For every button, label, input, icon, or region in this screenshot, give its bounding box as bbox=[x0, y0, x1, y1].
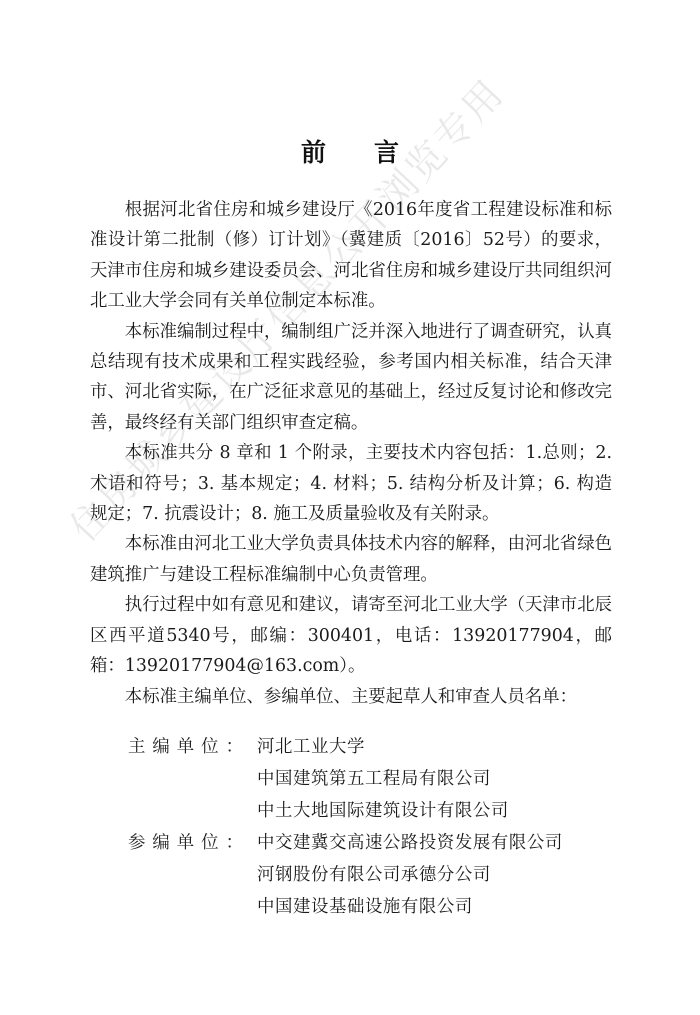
unit-label bbox=[128, 891, 257, 923]
title-char-1: 前 bbox=[301, 133, 326, 169]
paragraph-contact: 执行过程中如有意见和建议，请寄至河北工业大学（天津市北辰区西平道5340号，邮编… bbox=[90, 590, 612, 681]
paragraph-contents: 本标准共分 8 章和 1 个附录，主要技术内容包括：1.总则；2. 术语和符号；… bbox=[90, 438, 612, 529]
unit-value: 河钢股份有限公司承德分公司 bbox=[257, 859, 491, 891]
unit-value: 中国建设基础设施有限公司 bbox=[257, 891, 473, 923]
unit-label: 主编单位： bbox=[128, 731, 257, 763]
unit-label bbox=[128, 795, 257, 827]
unit-row: 中国建设基础设施有限公司 bbox=[128, 891, 563, 923]
paragraph-management: 本标准由河北工业大学负责具体技术内容的解释，由河北省绿色建筑推广与建设工程标准编… bbox=[90, 529, 612, 590]
unit-row: 中土大地国际建筑设计有限公司 bbox=[128, 795, 563, 827]
unit-value: 河北工业大学 bbox=[257, 731, 365, 763]
unit-row: 中国建筑第五工程局有限公司 bbox=[128, 763, 563, 795]
unit-label bbox=[128, 859, 257, 891]
unit-label bbox=[128, 763, 257, 795]
unit-row: 河钢股份有限公司承德分公司 bbox=[128, 859, 563, 891]
unit-row: 主编单位： 河北工业大学 bbox=[128, 731, 563, 763]
unit-value: 中交建冀交高速公路投资发展有限公司 bbox=[257, 827, 563, 859]
unit-value: 中土大地国际建筑设计有限公司 bbox=[257, 795, 509, 827]
unit-row: 参编单位： 中交建冀交高速公路投资发展有限公司 bbox=[128, 827, 563, 859]
paragraph-process: 本标准编制过程中，编制组广泛并深入地进行了调查研究，认真总结现有技术成果和工程实… bbox=[90, 317, 612, 439]
unit-label: 参编单位： bbox=[128, 827, 257, 859]
preface-body: 根据河北省住房和城乡建设厅《2016年度省工程建设标准和标准设计第二批制（修）订… bbox=[90, 195, 612, 712]
document-page: 前言 根据河北省住房和城乡建设厅《2016年度省工程建设标准和标准设计第二批制（… bbox=[0, 0, 700, 1015]
paragraph-basis: 根据河北省住房和城乡建设厅《2016年度省工程建设标准和标准设计第二批制（修）订… bbox=[90, 195, 612, 317]
units-list: 主编单位： 河北工业大学 中国建筑第五工程局有限公司 中土大地国际建筑设计有限公… bbox=[128, 731, 563, 923]
page-title: 前言 bbox=[0, 133, 700, 169]
unit-value: 中国建筑第五工程局有限公司 bbox=[257, 763, 491, 795]
paragraph-list-intro: 本标准主编单位、参编单位、主要起草人和审查人员名单： bbox=[90, 682, 612, 712]
title-char-2: 言 bbox=[374, 133, 399, 169]
